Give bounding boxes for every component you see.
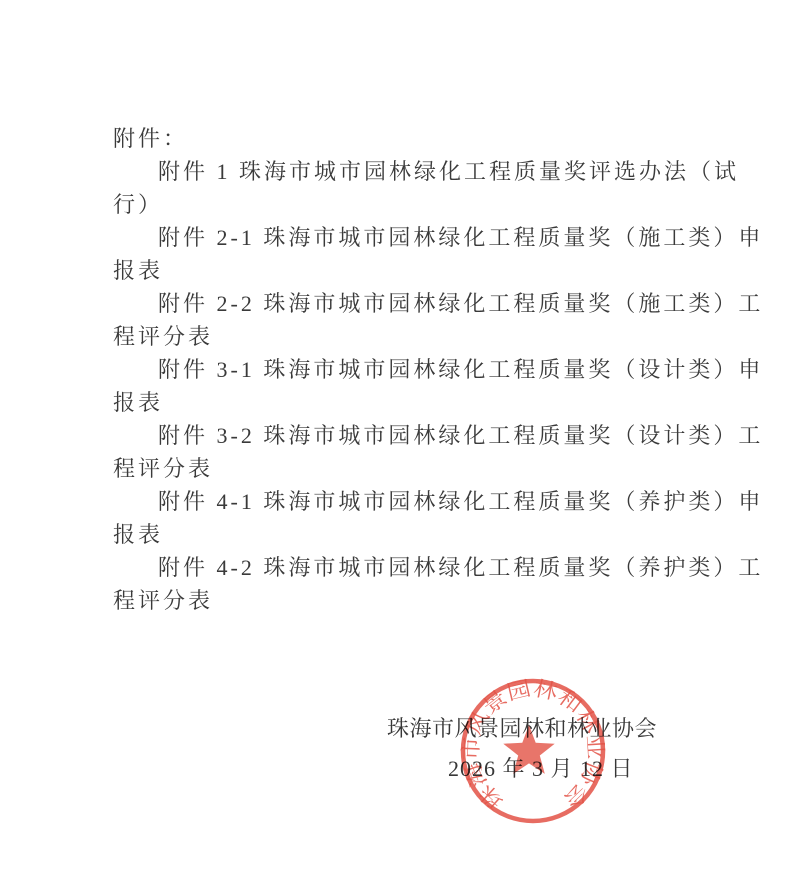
attachment-line: 程评分表 <box>113 320 738 353</box>
attachment-line: 附件 4-2 珠海市城市园林绿化工程质量奖（养护类）工 <box>113 551 738 584</box>
attachment-line: 附件 2-2 珠海市城市园林绿化工程质量奖（施工类）工 <box>113 287 738 320</box>
document-page: 附件： 附件 1 珠海市城市园林绿化工程质量奖评选办法（试 行） 附件 2-1 … <box>0 0 786 889</box>
attachments-heading: 附件： <box>113 122 738 155</box>
attachment-line: 附件 2-1 珠海市城市园林绿化工程质量奖（施工类）申 <box>113 221 738 254</box>
attachment-line: 报表 <box>113 518 738 551</box>
attachment-line: 行） <box>113 188 738 221</box>
official-seal: 珠海市风景园林和林业协会 <box>431 649 635 853</box>
attachment-list: 附件： 附件 1 珠海市城市园林绿化工程质量奖评选办法（试 行） 附件 2-1 … <box>113 122 738 617</box>
attachment-line: 附件 3-1 珠海市城市园林绿化工程质量奖（设计类）申 <box>113 353 738 386</box>
attachment-line: 附件 3-2 珠海市城市园林绿化工程质量奖（设计类）工 <box>113 419 738 452</box>
attachment-line: 程评分表 <box>113 584 738 617</box>
star-icon <box>503 725 554 774</box>
attachment-line: 附件 1 珠海市城市园林绿化工程质量奖评选办法（试 <box>113 155 738 188</box>
attachment-line: 报表 <box>113 254 738 287</box>
attachment-line: 附件 4-1 珠海市城市园林绿化工程质量奖（养护类）申 <box>113 485 738 518</box>
attachment-line: 报表 <box>113 386 738 419</box>
attachment-line: 程评分表 <box>113 452 738 485</box>
